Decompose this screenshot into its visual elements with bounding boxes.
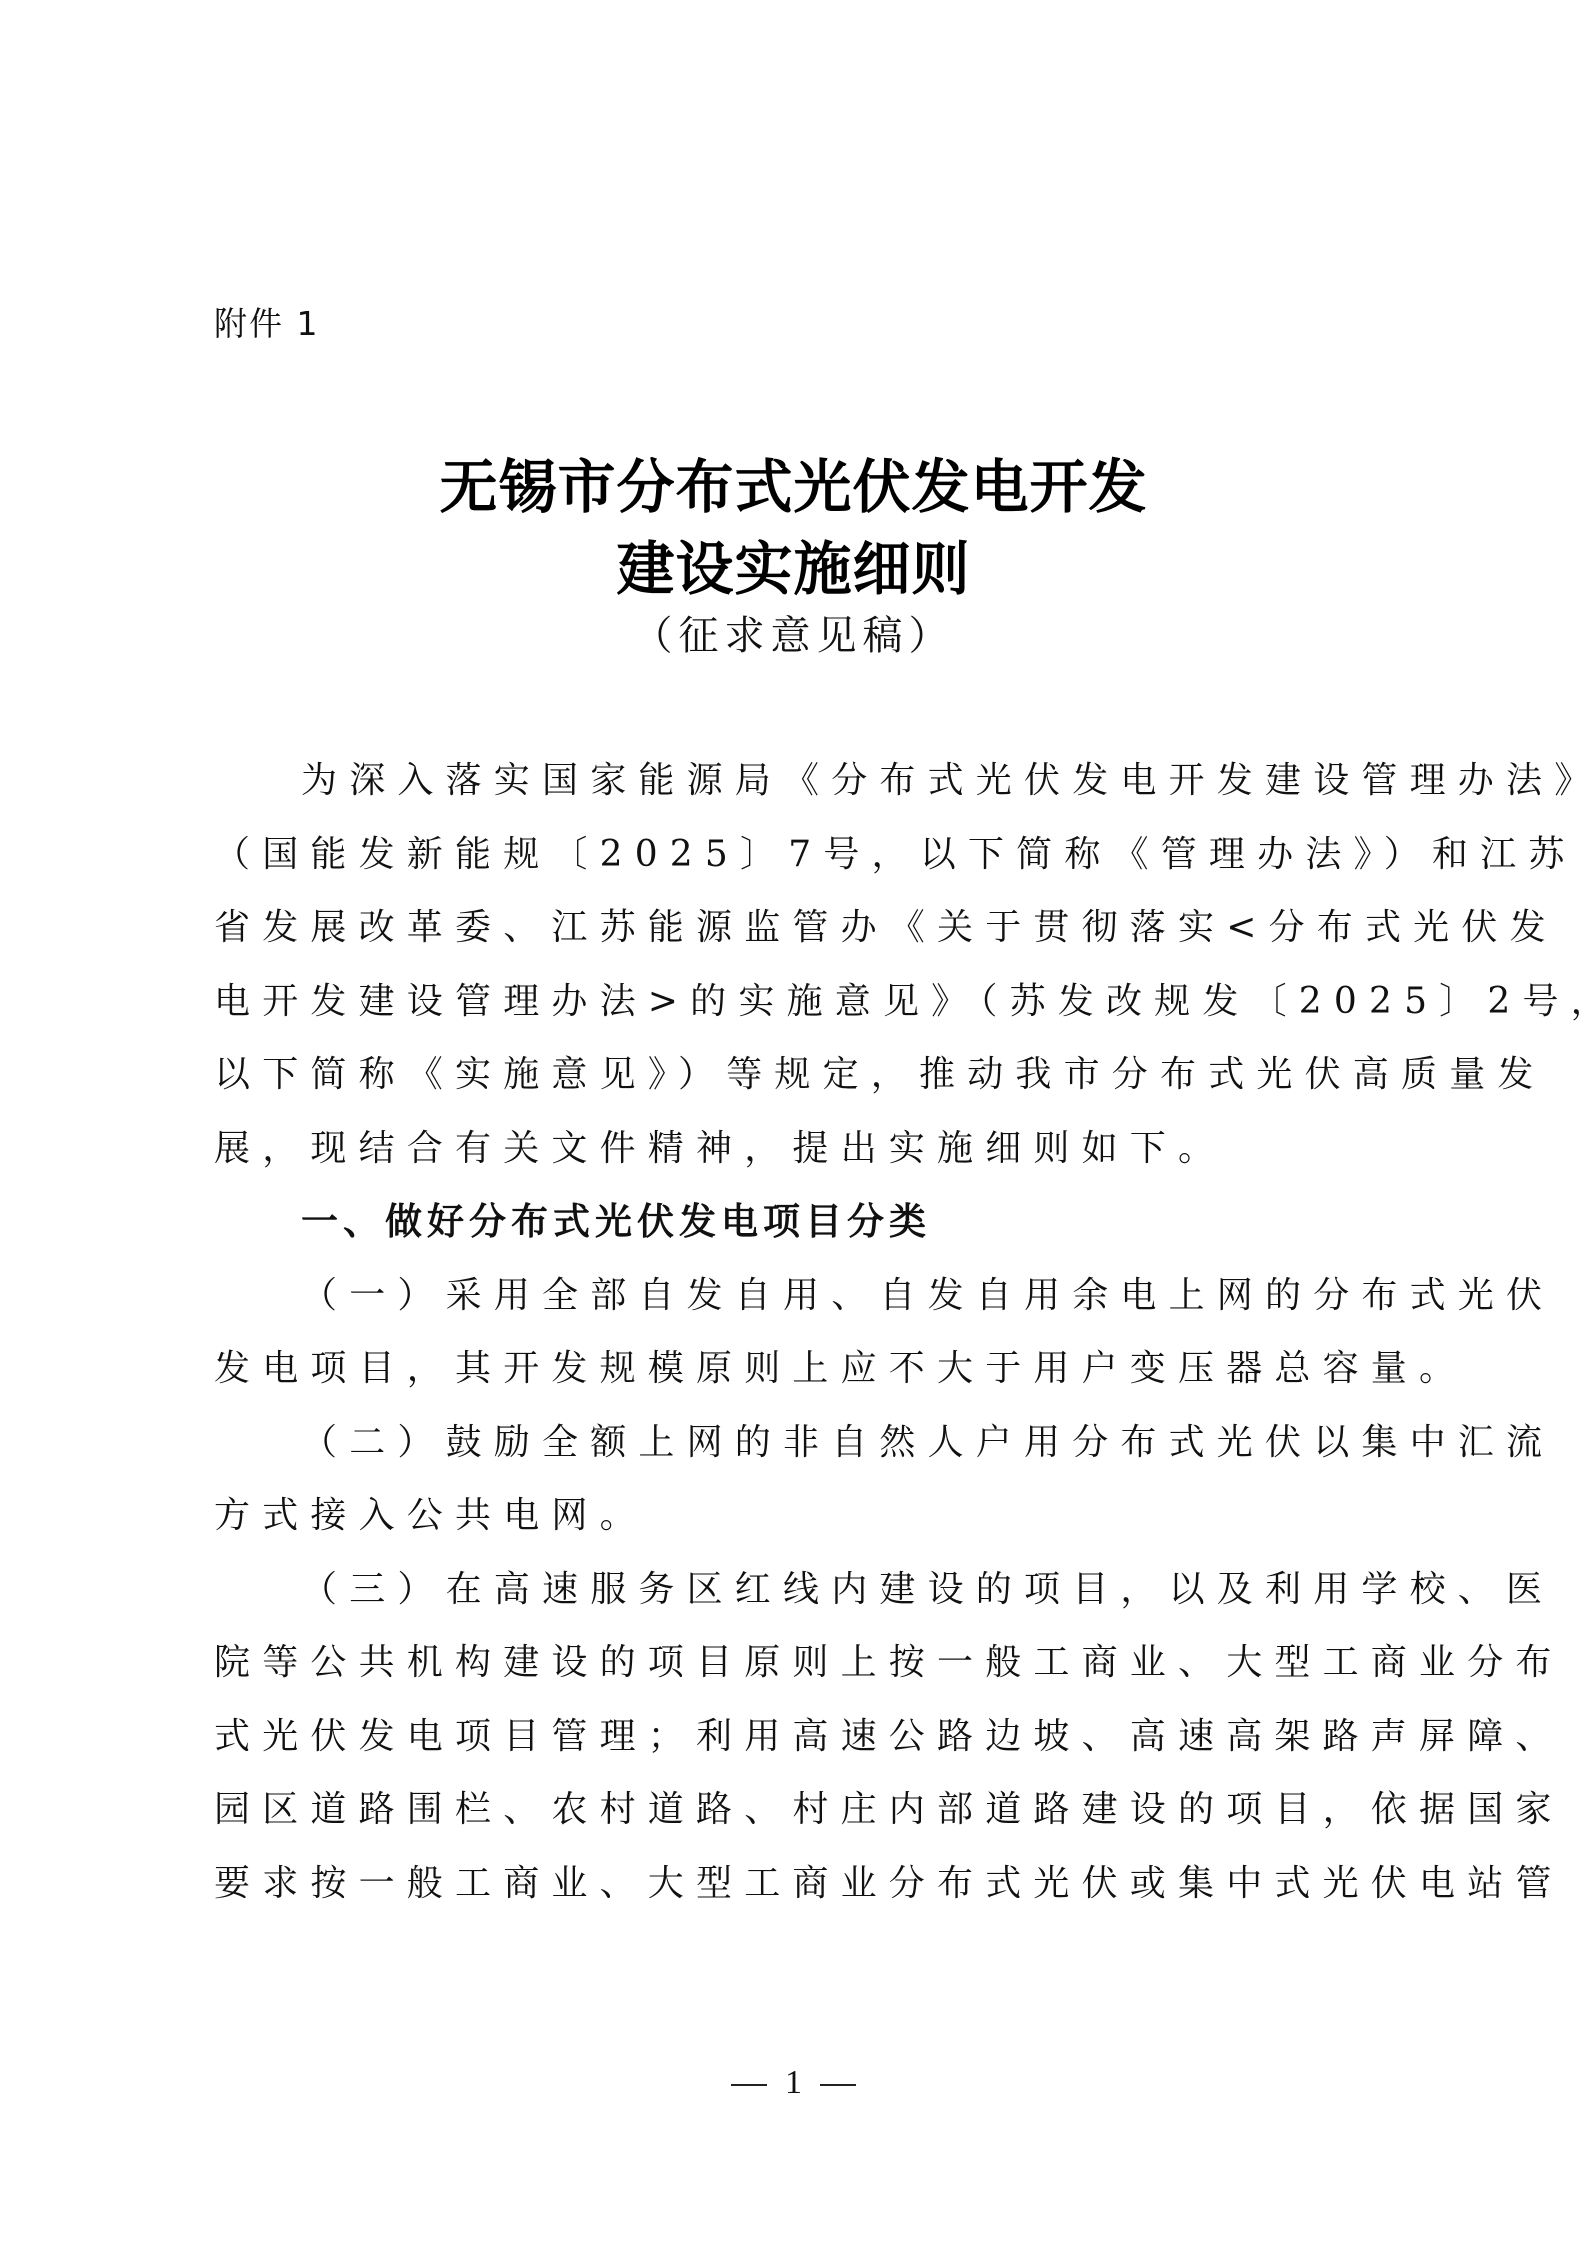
document-title-line2: 建设实施细则: [0, 522, 1587, 606]
body-line: 省发展改革委、江苏能源监管办《关于贯彻落实<分布式光伏发: [214, 891, 1394, 965]
body-line: （一）采用全部自发自用、自发自用余电上网的分布式光伏: [214, 1259, 1394, 1333]
body-line: 式光伏发电项目管理；利用高速公路边坡、高速高架路声屏障、: [214, 1700, 1394, 1774]
body-line: 要求按一般工商业、大型工商业分布式光伏或集中式光伏电站管: [214, 1847, 1394, 1921]
body-line: 展，现结合有关文件精神，提出实施细则如下。: [214, 1112, 1394, 1186]
body-line: 方式接入公共电网。: [214, 1479, 1394, 1553]
document-title-line1: 无锡市分布式光伏发电开发: [0, 440, 1587, 524]
body-line: 发电项目，其开发规模原则上应不大于用户变压器总容量。: [214, 1332, 1394, 1406]
body-line: 以下简称《实施意见》）等规定，推动我市分布式光伏高质量发: [214, 1038, 1394, 1112]
body-line: 为深入落实国家能源局《分布式光伏发电开发建设管理办法》: [214, 744, 1394, 818]
body-line: （国能发新能规〔2025〕7号，以下简称《管理办法》）和江苏: [214, 818, 1394, 892]
document-body: 为深入落实国家能源局《分布式光伏发电开发建设管理办法》 （国能发新能规〔2025…: [214, 744, 1394, 1920]
page-footer: 1: [0, 2064, 1587, 2102]
body-line: 电开发建设管理办法>的实施意见》（苏发改规发〔2025〕2号，: [214, 965, 1394, 1039]
body-line: （三）在高速服务区红线内建设的项目，以及利用学校、医: [214, 1553, 1394, 1627]
footer-dash-right: [820, 2084, 856, 2086]
body-line: 园区道路围栏、农村道路、村庄内部道路建设的项目，依据国家: [214, 1773, 1394, 1847]
footer-dash-left: [731, 2084, 767, 2086]
document-subtitle: （征求意见稿）: [0, 604, 1587, 661]
page-number: 1: [785, 2064, 802, 2101]
body-line: （二）鼓励全额上网的非自然人户用分布式光伏以集中汇流: [214, 1406, 1394, 1480]
section-heading: 一、做好分布式光伏发电项目分类: [214, 1185, 1394, 1259]
attachment-label: 附件 1: [214, 298, 320, 345]
document-page: 附件 1 无锡市分布式光伏发电开发 建设实施细则 （征求意见稿） 为深入落实国家…: [0, 0, 1587, 2245]
body-line: 院等公共机构建设的项目原则上按一般工商业、大型工商业分布: [214, 1626, 1394, 1700]
